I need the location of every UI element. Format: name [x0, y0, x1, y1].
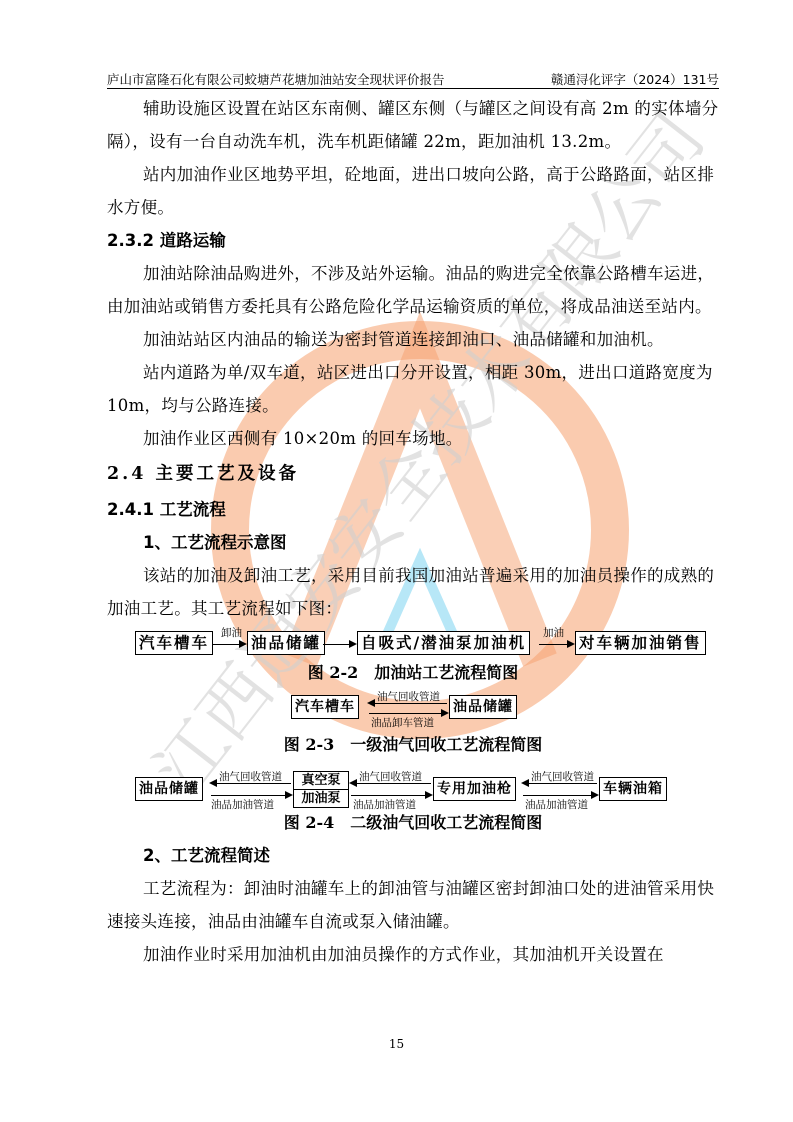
paragraph: 辅助设施区设置在站区东南侧、罐区东侧（与罐区之间设有高 2m 的实体墙分隔），设…: [107, 92, 719, 158]
arrow-right: [539, 644, 573, 645]
flow-label-fuel-pipe: 油品加油管道: [211, 797, 274, 812]
flow-box-storage-tank: 油品储罐: [135, 777, 203, 801]
flow-box-dispenser: 自吸式/潜油泵加油机: [357, 631, 530, 655]
section-heading-2-4-1: 2.4.1 工艺流程: [107, 493, 719, 526]
flow-box-storage-tank: 油品储罐: [247, 631, 325, 655]
vacuum-pump-label: 真空泵: [294, 772, 348, 790]
section-heading-2-4: 2.4 主要工艺及设备: [107, 455, 719, 493]
arrow-right: [523, 795, 597, 796]
subheading-flow-description: 2、工艺流程简述: [107, 839, 719, 872]
document-number: 赣通浔化评字（2024）131号: [551, 70, 719, 88]
fuel-pump-label: 加油泵: [294, 790, 348, 807]
figure-2-3: 汽车槽车 油气回收管道 油品卸车管道 油品储罐: [107, 687, 719, 727]
flow-box-pump-group: 真空泵 加油泵: [293, 771, 349, 808]
paragraph: 加油作业时采用加油机由加油员操作的方式作业，其加油机开关设置在: [107, 938, 719, 971]
figure-caption-2-3: 图 2-3 一级油气回收工艺流程简图: [107, 731, 719, 759]
paragraph: 加油站站区内油品的输送为密封管道连接卸油口、油品储罐和加油机。: [107, 323, 719, 356]
figure-2-2: 汽车槽车 卸油 油品储罐 自吸式/潜油泵加油机 加油 对车辆加油销售: [107, 625, 719, 659]
flow-box-storage-tank: 油品储罐: [449, 695, 517, 719]
flow-label-refuel: 加油: [543, 625, 564, 640]
flow-label-vapor-recovery: 油气回收管道: [359, 769, 422, 784]
flow-label-unload-pipe: 油品卸车管道: [371, 715, 434, 730]
arrow-right: [213, 644, 245, 645]
flow-label-fuel-pipe: 油品加油管道: [353, 797, 416, 812]
arrow-right: [211, 795, 291, 796]
paragraph: 加油作业区西侧有 10×20m 的回车场地。: [107, 422, 719, 455]
paragraph: 站内加油作业区地势平坦，砼地面，进出口坡向公路，高于公路路面，站区排水方便。: [107, 158, 719, 224]
section-heading-2-3-2: 2.3.2 道路运输: [107, 224, 719, 257]
arrow-right: [323, 644, 355, 645]
flow-label-fuel-pipe: 油品加油管道: [525, 797, 588, 812]
figure-caption-2-2: 图 2-2 加油站工艺流程简图: [107, 659, 719, 687]
page-number: 15: [0, 1037, 793, 1051]
flow-box-tanker: 汽车槽车: [135, 631, 213, 655]
figure-caption-2-4: 图 2-4 二级油气回收工艺流程简图: [107, 809, 719, 837]
flow-label-vapor-recovery: 油气回收管道: [219, 769, 282, 784]
paragraph: 站内道路为单/双车道，站区进出口分开设置，相距 30m，进出口道路宽度为 10m…: [107, 356, 719, 422]
paragraph: 该站的加油及卸油工艺，采用目前我国加油站普遍采用的加油员操作的成熟的加油工艺。其…: [107, 559, 719, 625]
flow-box-sales: 对车辆加油销售: [575, 631, 706, 655]
page-header: 庐山市富隆石化有限公司蛟塘芦花塘加油站安全现状评价报告 赣通浔化评字（2024）…: [107, 68, 719, 89]
report-title: 庐山市富隆石化有限公司蛟塘芦花塘加油站安全现状评价报告: [107, 70, 445, 88]
paragraph: 工艺流程为：卸油时油罐车上的卸油管与油罐区密封卸油口处的进油管采用快速接头连接，…: [107, 872, 719, 938]
arrow-right: [369, 713, 447, 714]
arrow-right: [351, 795, 431, 796]
flow-label-vapor-recovery: 油气回收管道: [377, 689, 440, 704]
flow-box-tanker: 汽车槽车: [291, 695, 359, 719]
flow-label-vapor-recovery: 油气回收管道: [531, 769, 594, 784]
flow-box-nozzle: 专用加油枪: [433, 777, 516, 801]
flow-label-unload: 卸油: [221, 625, 242, 640]
figure-2-4: 油品储罐 油气回收管道 油品加油管道 真空泵 加油泵 油气回收管道 油品加油管道…: [107, 765, 719, 809]
page-content: 辅助设施区设置在站区东南侧、罐区东侧（与罐区之间设有高 2m 的实体墙分隔），设…: [107, 92, 719, 971]
subheading-flow-diagram: 1、工艺流程示意图: [107, 526, 719, 559]
flow-box-vehicle-tank: 车辆油箱: [599, 777, 667, 801]
paragraph: 加油站除油品购进外，不涉及站外运输。油品的购进完全依靠公路槽车运进，由加油站或销…: [107, 257, 719, 323]
